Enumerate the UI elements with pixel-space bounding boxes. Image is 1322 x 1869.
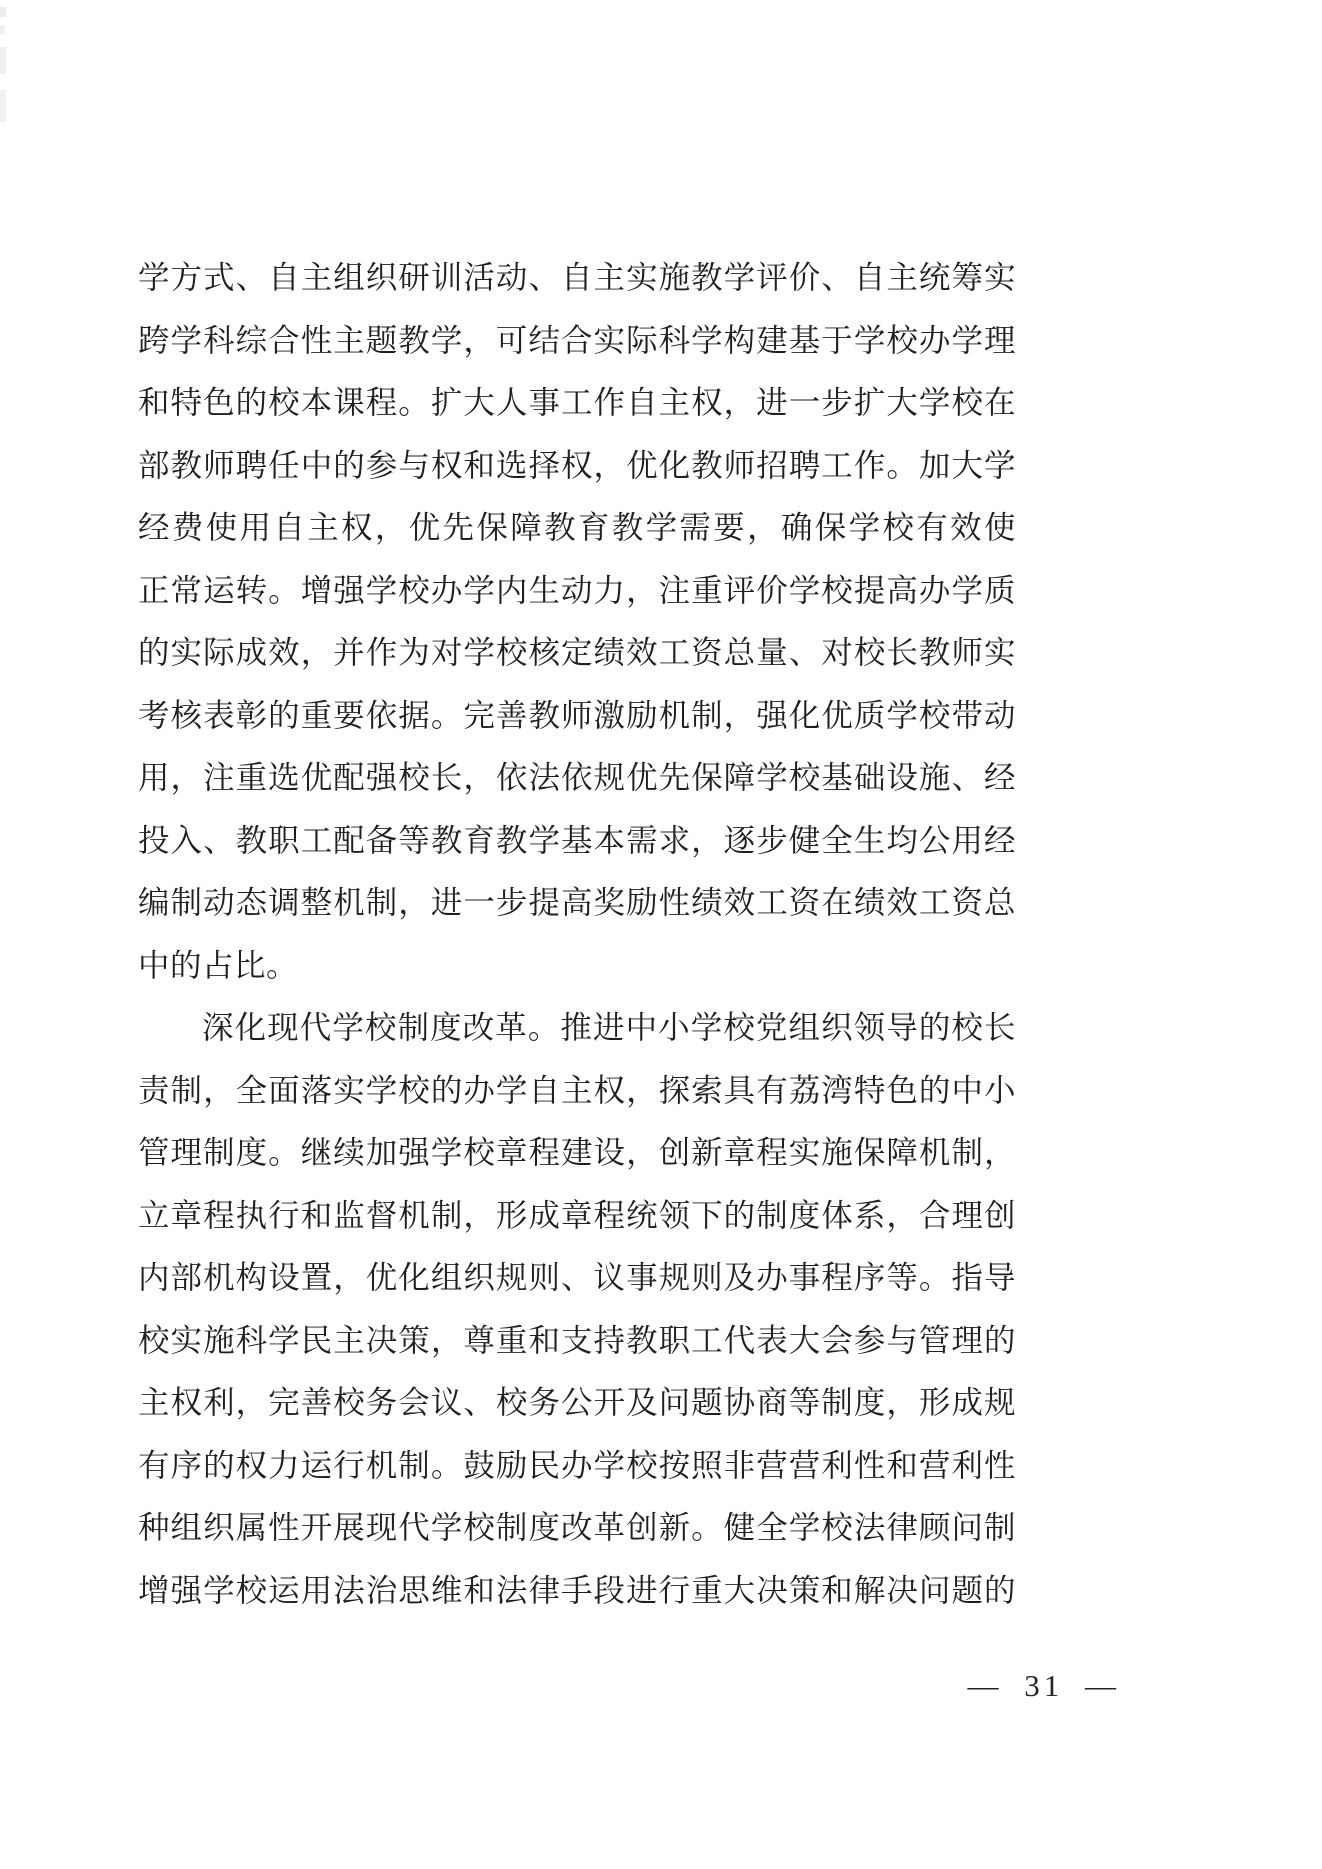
text-line: 正常运转。增强学校办学内生动力，注重评价学校提高办学质量	[138, 560, 1016, 623]
text-line: 和特色的校本课程。扩大人事工作自主权，进一步扩大学校在干	[138, 372, 1016, 435]
page-number: — 31 —	[968, 1668, 1121, 1704]
text-line: 用，注重选优配强校长，依法依规优先保障学校基础设施、经费	[138, 747, 1016, 810]
text-line: 部教师聘任中的参与权和选择权，优化教师招聘工作。加大学校	[138, 435, 1016, 498]
text-line: 考核表彰的重要依据。完善教师激励机制，强化优质学校带动作	[138, 685, 1016, 748]
scan-artifact	[0, 25, 5, 34]
text-line: 深化现代学校制度改革。推进中小学校党组织领导的校长负	[138, 997, 1016, 1060]
text-line: 种组织属性开展现代学校制度改革创新。健全学校法律顾问制度，	[138, 1497, 1016, 1560]
text-line: 主权利，完善校务会议、校务公开及问题协商等制度，形成规范	[138, 1372, 1016, 1435]
text-line: 校实施科学民主决策，尊重和支持教职工代表大会参与管理的民	[138, 1310, 1016, 1373]
text-line: 立章程执行和监督机制，形成章程统领下的制度体系，合理创新	[138, 1185, 1016, 1248]
text-line: 投入、教职工配备等教育教学基本需求，逐步健全生均公用经费、	[138, 810, 1016, 873]
scan-artifact	[0, 47, 6, 74]
text-line: 中的占比。	[138, 935, 1016, 998]
text-line: 有序的权力运行机制。鼓励民办学校按照非营营利性和营利性两	[138, 1435, 1016, 1498]
text-line: 的实际成效，并作为对学校核定绩效工资总量、对校长教师实施	[138, 622, 1016, 685]
text-line: 学方式、自主组织研训活动、自主实施教学评价、自主统筹实施	[138, 247, 1016, 310]
scan-artifact	[0, 7, 6, 17]
text-line: 跨学科综合性主题教学，可结合实际科学构建基于学校办学理念	[138, 310, 1016, 373]
document-body: 学方式、自主组织研训活动、自主实施教学评价、自主统筹实施跨学科综合性主题教学，可…	[138, 247, 1016, 1622]
text-line: 责制，全面落实学校的办学自主权，探索具有荔湾特色的中小学	[138, 1060, 1016, 1123]
scan-artifact	[0, 90, 6, 122]
document-page: 学方式、自主组织研训活动、自主实施教学评价、自主统筹实施跨学科综合性主题教学，可…	[0, 0, 1322, 1869]
text-line: 增强学校运用法治思维和法律手段进行重大决策和解决问题的能	[138, 1560, 1016, 1623]
text-line: 内部机构设置，优化组织规则、议事规则及办事程序等。指导学	[138, 1247, 1016, 1310]
text-line: 编制动态调整机制，进一步提高奖励性绩效工资在绩效工资总量	[138, 872, 1016, 935]
text-line: 经费使用自主权，优先保障教育教学需要，确保学校有效使用、	[138, 497, 1016, 560]
text-line: 管理制度。继续加强学校章程建设，创新章程实施保障机制，建	[138, 1122, 1016, 1185]
